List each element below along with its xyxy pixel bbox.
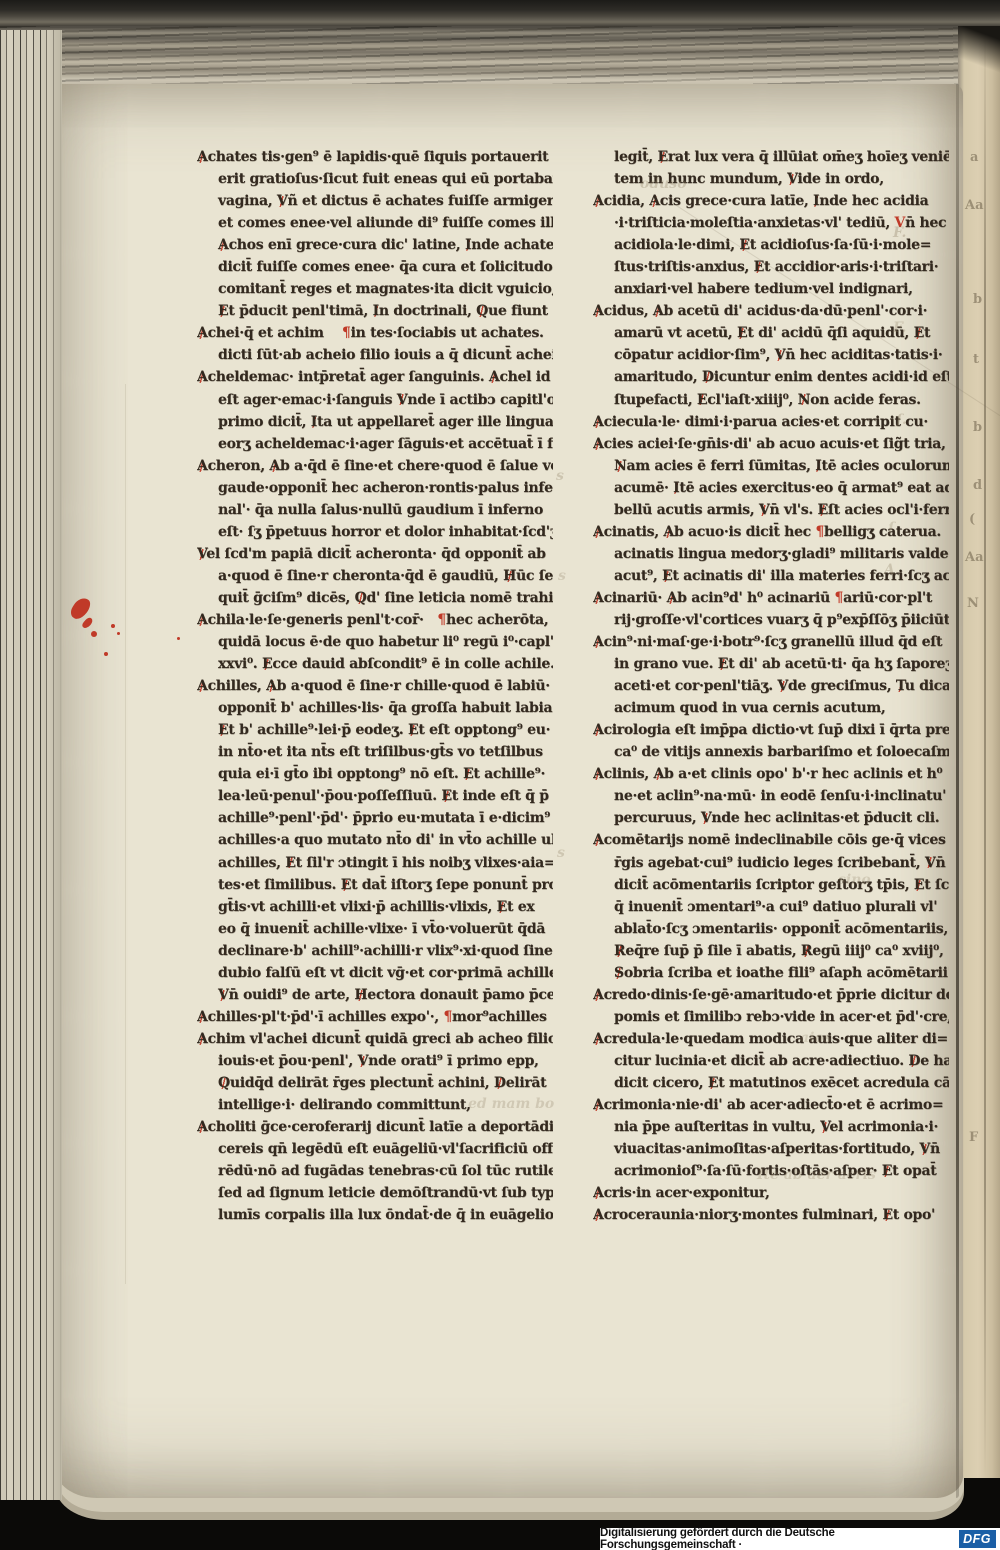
text-line: xxvi⁰. Ecce dauid abſcondit⁹ ē in colle … [197, 653, 553, 675]
text-line: dicit cicero, Et matutinos exēcet acredu… [593, 1072, 949, 1094]
text-segment: et comes enee·vel aliunde di⁹ fuiſſe com… [218, 215, 553, 231]
text-segment: n̄ hec [905, 215, 946, 231]
text-segment: cies aciei·ſe·gn̄is·di' ab acuo acuis·et… [604, 436, 946, 452]
text-segment: el ſcd'm papiā dicit̄ acheronta· q̄d opp… [206, 546, 545, 562]
text-segment: viuacitas·animoſitas·aſperitas·fortitudo… [614, 1141, 919, 1157]
text-segment: n̄ hec aciditas·tatis·i· [785, 347, 942, 363]
text-segment: crimonia·nie·di' ab acer·adiect̄o·et ē a… [604, 1097, 944, 1113]
rubricated-capital: E [657, 149, 667, 165]
text-segment: ide in ordo, [797, 171, 883, 187]
text-segment: acimum quod in vua cernis acutum, [614, 700, 885, 716]
rubricated-capital: V [701, 810, 712, 826]
text-segment: hec acherōta, [446, 612, 548, 628]
text-line: ſtus·triſtis·anxius, Et accidior·aris·i·… [593, 256, 949, 278]
rubricated-capital: A [653, 766, 664, 782]
text-line: acut⁹, Et acinatis di' illa materies fer… [593, 565, 949, 587]
edge-text-fragment: Aa [965, 550, 984, 565]
rubricated-capital: H [354, 987, 367, 1003]
text-line: ſtupefacti, Ecl'iaſt·xiiij⁰, Non acide f… [593, 389, 949, 411]
text-segment: cirologia eſt imp̄pa dictio·vt ſup̄ dixi… [604, 722, 949, 738]
text-segment: eſt· ſʒ p̄petuus horror et dolor inhabit… [218, 524, 553, 540]
text-segment: acidiola·le·dimi, [614, 237, 739, 253]
text-line: achilles, Et ſil'r ɔtingit ī his noibʒ v… [197, 852, 553, 874]
rubricated-capital: A [663, 524, 674, 540]
text-segment: achilles·a quo mutato nt̄o di' in vt̄o a… [218, 832, 553, 848]
text-line: percuruus, Vnde hec aclinitas·et p̄ducit… [593, 807, 949, 829]
text-segment: t di' acidū q̄ſi aquidū, [747, 325, 913, 341]
text-line: rēdū·nō ad fugādas tenebras·cū ſol tūc r… [197, 1160, 553, 1182]
text-segment: ñ et dictus ē achates fuiſſe armiger [287, 193, 553, 209]
ink-splatter-drop [117, 632, 120, 635]
rubricated-capital: E [408, 722, 418, 738]
text-line: dicti ſūt·ab acheio filio iouis a q̄ dic… [197, 344, 553, 366]
text-line: achilles·a quo mutato nt̄o di' in vt̄o a… [197, 829, 553, 851]
text-line: Acholiti ḡce·ceroferarij dicunt̄ latīe … [197, 1116, 553, 1138]
ink-splatter-drop [91, 631, 97, 637]
text-segment: u dica' [905, 678, 949, 694]
text-line: Acredo·dinis·ſe·gē·amaritudo·et p̄prie d… [593, 984, 949, 1006]
text-segment: q̄ inuenit̄ ɔmentari⁹·a cui⁹ datiuo plur… [614, 899, 937, 915]
text-segment: t acinatis di' illa materies ferri·ſcʒ a… [672, 568, 949, 584]
rubric-mark: ¶ [342, 325, 351, 341]
text-segment: amarū vt acetū, [614, 325, 737, 341]
book-left-page-edges [0, 30, 62, 1500]
ghost-mark: ſ. [896, 412, 907, 428]
digitization-credit-bar: Digitalisierung gefördert durch die Deut… [600, 1528, 1000, 1550]
text-line: erit gratioſus·ſicut fuit eneas qui eū p… [197, 168, 553, 190]
rubricated-capital: R [801, 943, 812, 959]
text-segment: pomis et ſimilibɔ rebɔ·vide in acer·et p… [614, 1009, 949, 1025]
text-line: comitant̄ reges et magnates·ita dicit vg… [197, 278, 553, 300]
text-segment: rat lux vera q̄ illūiat om̄eʒ hoīeʒ veni… [668, 149, 949, 165]
text-line: Acinariū· Ab acin⁹d' h⁰ acinariū ¶ariū·c… [593, 587, 949, 609]
text-segment: cheldemac· intp̄retat̄ ager ſanguinis. [208, 369, 489, 385]
text-segment: comētarijs nomē indeclinabile cōis ge·q̄… [604, 832, 946, 848]
text-segment: choliti ḡce·ceroferarij dicunt̄ latīe a… [208, 1119, 553, 1135]
ghost-mark: sino [838, 872, 871, 888]
ghost-mark: s [558, 568, 566, 584]
text-line: nal'· q̄a nulla ſalus·nullū gaudium ī in… [197, 499, 553, 521]
text-segment: eſt ager·emac·i·ſanguis [218, 392, 397, 408]
text-segment: r̄gis agebat·cui⁹ iudicio leges ſcribeba… [614, 855, 925, 871]
text-segment: amaritudo, [614, 369, 702, 385]
text-line: bellū acutis armis, Vn̄ vl's. Eſt acies … [593, 499, 949, 521]
text-segment: ſtus·triſtis·anxius, [614, 259, 754, 275]
credit-text: Digitalisierung gefördert durch die Deut… [600, 1527, 954, 1550]
text-line: eorʒ acheldemac·i·ager ſāguis·et accētua… [197, 433, 553, 455]
text-segment: ta ut appellaret̄ ager ille lingua [317, 414, 553, 430]
text-line: achille⁹·penl'·p̄d'· p̄prio eu·mutata ī … [197, 807, 553, 829]
rubricated-capital: Q [355, 590, 367, 606]
text-segment: tes·et ſimilibus. [218, 877, 341, 893]
ghost-mark: ſ [888, 520, 894, 536]
rubricated-capital: A [197, 678, 208, 694]
text-line: acinatis lingua medorʒ·gladi⁹ militaris … [593, 543, 949, 565]
text-segment: in tes·ſociabis ut achates. [351, 325, 544, 341]
rubricated-capital: A [593, 1185, 604, 1201]
text-segment: in grano vue. [614, 656, 718, 672]
text-segment: eq̄re ſup̄ p̄ ſile ī abatis, [625, 943, 801, 959]
edge-text-fragment: F [969, 1130, 978, 1145]
text-segment: chos enī grece·cura dic' latine, [229, 237, 465, 253]
text-line: Acris·in acer·exponitur, [593, 1182, 949, 1204]
text-line: amaritudo, Dicuntur enim dentes acidi·id… [593, 366, 949, 388]
text-segment: chila·le·ſe·generis penl't·cor̄· [208, 612, 438, 628]
rubricated-capital: A [593, 832, 604, 848]
text-segment: cce dauid abſcondit⁹ ē in colle achile. [272, 656, 553, 672]
text-segment: rēdū·nō ad fugādas tenebras·cū ſol tūc r… [218, 1163, 553, 1179]
text-segment: legit̄, [614, 149, 657, 165]
text-line: Acheldemac· intp̄retat̄ ager ſanguinis. … [197, 366, 553, 388]
text-segment: b a·quod ē ſine·r chille·quod ē labiū· [277, 678, 550, 694]
text-line: declinare·b' achill⁹·achilli·r vlix⁹·xi·… [197, 940, 553, 962]
text-segment: a·quod ē ſine·r cheronta·q̄d ē gaudiū, [218, 568, 503, 584]
text-segment: nal'· q̄a nulla ſalus·nullū gaudium ī in… [218, 502, 543, 518]
edge-text-fragment: ( [969, 512, 975, 527]
text-segment: am acies ē ferri ſūmitas, [627, 458, 816, 474]
text-segment: t opo' [893, 1207, 935, 1223]
rubricated-capital: A [593, 634, 604, 650]
rubricated-capital: V [787, 171, 797, 187]
rubricated-capital: A [593, 193, 604, 209]
text-segment: intellige·i· delirando committunt, [218, 1097, 471, 1113]
text-segment: n doctrinali, [379, 303, 476, 319]
text-line: viuacitas·animoſitas·aſperitas·fortitudo… [593, 1138, 949, 1160]
text-segment: acumē· [614, 480, 673, 496]
text-segment: e hac [920, 1053, 949, 1069]
text-segment: n̄ [930, 1141, 940, 1157]
text-segment: nde hec acidia [819, 193, 928, 209]
text-line: Achila·le·ſe·generis penl't·cor̄· ¶hec a… [197, 609, 553, 631]
rubricated-capital: A [593, 987, 604, 1003]
text-segment: b acin⁹d' h⁰ acinariū [677, 590, 834, 606]
ghost-mark: A [884, 562, 895, 578]
rubricated-capital: A [269, 458, 280, 474]
rubricated-capital: E [697, 392, 707, 408]
text-segment: n̄ ouidi⁹ de arte, [229, 987, 355, 1003]
rubricated-capital: E [218, 722, 228, 738]
rubricated-capital: E [718, 656, 728, 672]
text-segment: t matutinos exēcet acredula cāt⁹, [718, 1075, 949, 1091]
rubricated-capital: E [218, 303, 228, 319]
book-corner-shadow [958, 26, 1000, 78]
text-line: lumīs corpalis illa lux ōndat̄·de q̄ in … [197, 1204, 553, 1226]
text-segment: lea·leū·penul'·p̄ou·poſſeſſiuū. [218, 788, 441, 804]
text-segment: ūc ſe= [516, 568, 553, 584]
text-segment: clinis, [604, 766, 654, 782]
text-segment: comitant̄ reges et magnates·ita dicit vg… [218, 281, 553, 297]
rubricated-capital: V [919, 1141, 930, 1157]
ghost-mark: aios [800, 1030, 832, 1046]
text-segment: acut⁹, [614, 568, 662, 584]
rubricated-capital: A [593, 1031, 604, 1047]
text-segment: b a·q̄d ē ſine·et chere·quod ē ſalue vel [280, 458, 553, 474]
rubricated-capital: E [463, 766, 473, 782]
rubricated-capital: A [197, 612, 208, 628]
text-segment: de greciſmus, [788, 678, 896, 694]
text-segment: anxiari·vel habere tedium·vel indignari, [614, 281, 913, 297]
rubricated-capital: E [662, 568, 672, 584]
text-line: aceti·et cor·penl'tiāʒ. Vde greciſmus, T… [593, 675, 949, 697]
text-segment: ciecula·le· dimi·i·parua acies·et corrip… [604, 414, 928, 430]
ghost-mark: F. [893, 320, 906, 336]
text-segment: acinatis lingua medorʒ·gladi⁹ militaris … [614, 546, 948, 562]
text-segment: el acrimonia·i· [829, 1119, 938, 1135]
text-segment: dubio falſū eſt vt dicit vḡ·et cor·prim… [218, 965, 553, 981]
left-edge-fade [44, 30, 62, 1500]
text-segment: nde ī actibɔ capitl'o [407, 392, 553, 408]
text-line: rij·groſſe·vl'cortices vuarʒ q̄ p⁹exp̄ſſ… [593, 609, 949, 631]
rubricated-capital: E [739, 237, 749, 253]
text-segment: t achille⁹· [473, 766, 545, 782]
text-segment: t b' achille⁹·lei·p̄ eodeʒ. [228, 722, 408, 738]
rubricated-capital: E [708, 1075, 718, 1091]
ghost-mark: F. [893, 225, 906, 241]
ghost-mark: ed mam bo [468, 1096, 554, 1112]
text-segment: ſt acies ocl'i·ferri [828, 502, 949, 518]
text-segment: in nt̄o·et ita nt̄s eſt triſilbus·gt̄s v… [218, 744, 543, 760]
rubricated-capital: V [759, 502, 770, 518]
text-segment: b acetū di' acidus·da·dū·penl'·cor·i· [663, 303, 927, 319]
rubricated-capital: V [925, 855, 936, 871]
text-segment: d' ſine leticia nomē trahit [366, 590, 553, 606]
rubricated-capital: E [914, 877, 924, 893]
text-line: Achei·q̄ et achim ¶in tes·ſociabis ut ac… [197, 322, 553, 344]
text-segment: nde achates [471, 237, 553, 253]
text-segment: t dat̄ iſtorʒ ſepe ponunt̄ pro [351, 877, 553, 893]
text-line: primo dicit̄, Ita ut appellaret̄ ager il… [197, 411, 553, 433]
rubric-mark: ¶ [437, 612, 446, 628]
text-segment: cidia, [604, 193, 650, 209]
rubricated-capital: E [882, 1163, 892, 1179]
edge-text-fragment: b [973, 292, 982, 307]
text-line: Achilles·pl't·p̄d'·ī achilles expo'·, ¶m… [197, 1006, 553, 1028]
text-segment: on acide feras. [810, 392, 921, 408]
text-segment: quidā locus ē·de quo habetur li⁰ regū i⁰… [218, 634, 553, 650]
rubricated-capital: A [593, 414, 604, 430]
text-segment: eorʒ acheldemac·i·ager ſāguis·et accētua… [218, 436, 553, 452]
text-line: cereis qn̄ legēdū eſt euāgeliū·vl'ſacrif… [197, 1138, 553, 1160]
edge-text-fragment: t [973, 352, 979, 367]
text-segment: uidq̄d delirāt r̄ges plectunt̄ achini, [230, 1075, 494, 1091]
text-line: Acin⁹·ni·maſ·ge·i·botr⁹·ſcʒ granellū ill… [593, 631, 949, 653]
ink-splatter-drop [111, 624, 115, 628]
rubricated-capital: E [818, 502, 828, 518]
text-line: Et b' achille⁹·lei·p̄ eodeʒ. Et eſt oppt… [197, 719, 553, 741]
text-segment: t di' ab acetū·ti· q̄a hʒ ſaporeʒ [728, 656, 949, 672]
rubricated-capital: E [754, 259, 764, 275]
text-line: q̄ inuenit̄ ɔmentari⁹·a cui⁹ datiuo plur… [593, 896, 949, 918]
text-segment: tē acies oculorum [821, 458, 949, 474]
rubricated-capital: E [882, 1207, 892, 1223]
text-segment: t p̄ducit penl'timā, [228, 303, 372, 319]
text-line: Acrimonia·nie·di' ab acer·adiect̄o·et ē … [593, 1094, 949, 1116]
text-line: Aclinis, Ab a·et clinis opo' b'·r hec ac… [593, 763, 949, 785]
ghost-mark: Ite ab aer acris [757, 1167, 876, 1183]
text-segment: iouis·et p̄ou·penl', [218, 1053, 358, 1069]
text-segment: aceti·et cor·penl'tiāʒ. [614, 678, 777, 694]
rubric-mark: ¶ [834, 590, 843, 606]
text-segment: citur lucinia·et dicit̄ ab acre·adiectiu… [614, 1053, 908, 1069]
rubricated-capital: A [593, 1207, 604, 1223]
text-segment: ue fiunt [488, 303, 548, 319]
text-segment: chel id [499, 369, 550, 385]
text-segment: primo dicit̄, [218, 414, 311, 430]
rubricated-capital: A [489, 369, 500, 385]
text-segment: n̄ vl's. [769, 502, 817, 518]
text-line: nia p̄pe auſteritas in vultu, Vel acrimo… [593, 1116, 949, 1138]
text-segment: achilles, [218, 855, 285, 871]
text-line: tes·et ſimilibus. Et dat̄ iſtorʒ ſepe po… [197, 874, 553, 896]
text-segment: n̄ [935, 855, 945, 871]
rubricated-capital: V [397, 392, 408, 408]
text-segment: tē acies exercitus·eo q̄ armat⁹ eat ad [679, 480, 949, 496]
rubricated-capital: V [277, 193, 288, 209]
rubricated-capital: V [777, 678, 788, 694]
text-segment: icuntur enim dentes acidi·id eſt [714, 369, 949, 385]
text-segment: declinare·b' achill⁹·achilli·r vlix⁹·xi·… [218, 943, 552, 959]
text-segment: cris·in acer·exponitur, [604, 1185, 770, 1201]
rubricated-capital: E [914, 325, 924, 341]
rubricated-capital: A [218, 237, 229, 253]
rubricated-capital: E [737, 325, 747, 341]
rubricated-capital: R [614, 943, 625, 959]
text-segment: nde hec aclinitas·et p̄ducit cli. [711, 810, 939, 826]
text-segment: chei·q̄ et achim [208, 325, 342, 341]
text-segment: lumīs corpalis illa lux ōndat̄·de q̄ in … [218, 1207, 553, 1223]
text-segment: mor⁹achilles [452, 1009, 547, 1025]
text-segment: elirāt [506, 1075, 547, 1091]
text-line: acumē· Itē acies exercitus·eo q̄ armat⁹ … [593, 477, 949, 499]
text-segment: eo q̄ inuenit̄ achille·vlixe· ī vt̄o·vol… [218, 921, 545, 937]
text-segment: chim vl'achei dicunt̄ quidā greci ab ach… [208, 1031, 553, 1047]
rubricated-capital: A [593, 590, 604, 606]
text-line: ſed ad ſignum leticie demōſtrandū·vt ſub… [197, 1182, 553, 1204]
text-line: in nt̄o·et ita nt̄s eſt triſilbus·gt̄s v… [197, 741, 553, 763]
edge-text-fragment: b [973, 420, 982, 435]
text-line: Vel ſcd'm papiā dicit̄ acheronta· q̄d op… [197, 543, 553, 565]
rubricated-capital: A [197, 1031, 208, 1047]
text-segment: obria ſcriba et ioathe fili⁹ aſaph acōmē… [624, 965, 949, 981]
text-segment: ne·et aclin⁹·na·mū· in eodē ſenſu·i·incl… [614, 788, 946, 804]
text-segment: t accidior·aris·i·triſtari· [764, 259, 938, 275]
text-line: ca⁰ de vitijs annexis barbariſmo et ſolo… [593, 741, 949, 763]
text-segment: gt̄is·vt achilli·et vlixi·p̄ achillis·vl… [218, 899, 497, 915]
edge-text-fragment: N [967, 596, 979, 611]
text-line: cōpatur acidior·ſim⁹, Vn̄ hec aciditas·t… [593, 344, 949, 366]
text-line: quia ei·ī gt̄o ibi opptong⁹ nō eſt. Et a… [197, 763, 553, 785]
text-segment: ablat̄o·ſcʒ ɔmentariis· opponit̄ acōment… [614, 921, 948, 937]
text-segment: ·i·triſticia·moleſtia·anxietas·vl' tediū… [614, 215, 895, 231]
text-segment: cl'iaſt·xiiij⁰, [707, 392, 797, 408]
rubricated-capital: A [593, 766, 604, 782]
text-line: quit̄ ḡciſm⁹ dicēs, Qd' ſine leticia no… [197, 587, 553, 609]
text-line: et comes enee·vel aliunde di⁹ fuiſſe com… [197, 212, 553, 234]
rubricated-capital: A [649, 193, 660, 209]
text-segment: cidus, [604, 303, 653, 319]
text-line: legit̄, Erat lux vera q̄ illūiat om̄eʒ h… [593, 146, 949, 168]
rubricated-capital: A [197, 325, 208, 341]
text-segment: quia ei·ī gt̄o ibi opptong⁹ nō eſt. [218, 766, 463, 782]
rubricated-capital: E [341, 877, 351, 893]
text-segment: t ſil'r ɔtingit ī his noibʒ vlixes·aia= [296, 855, 553, 871]
text-segment: cinariū· [604, 590, 667, 606]
text-segment: bellū acutis armis, [614, 502, 759, 518]
text-line: quidā locus ē·de quo habetur li⁰ regū i⁰… [197, 631, 553, 653]
text-segment: cis grece·cura latīe, [660, 193, 813, 209]
rubricated-capital: Q [476, 303, 488, 319]
ink-splatter-drop [104, 652, 108, 656]
text-line: dicit̄ fuiſſe comes enee· q̄a cura et ſo… [197, 256, 553, 278]
rubricated-capital: Q [218, 1075, 230, 1091]
rubric-mark: ¶ [815, 524, 824, 540]
text-line: Nam acies ē ferri ſūmitas, Itē acies ocu… [593, 455, 949, 477]
rubricated-capital: A [197, 458, 208, 474]
rubricated-capital: N [798, 392, 811, 408]
text-segment: ariū·cor·pl't [843, 590, 932, 606]
text-line: pomis et ſimilibɔ rebɔ·vide in acer·et p… [593, 1006, 949, 1028]
rubricated-capital: E [262, 656, 272, 672]
text-line: eſt ager·emac·i·ſanguis Vnde ī actibɔ ca… [197, 389, 553, 411]
rubricated-capital: N [614, 458, 627, 474]
rubricated-capital: A [593, 524, 604, 540]
text-segment: dicti ſūt·ab acheio filio iouis a q̄ dic… [218, 347, 553, 363]
text-segment: cereis qn̄ legēdū eſt euāgeliū·vl'ſacrif… [218, 1141, 553, 1157]
text-line: dubio falſū eſt vt dicit vḡ·et cor·prim… [197, 962, 553, 984]
text-segment: nde orati⁹ ī primo epp, [368, 1053, 539, 1069]
rubricated-capital: D [702, 369, 714, 385]
rubricated-capital: V [775, 347, 786, 363]
rubricated-capital: A [593, 722, 604, 738]
text-segment: opponit̄ b' achilles·lis· q̄a groſſa hab… [218, 700, 553, 716]
next-page-edge [958, 26, 1000, 1478]
text-segment: ſtupefacti, [614, 392, 697, 408]
rubricated-capital: E [285, 855, 295, 871]
text-line: Acirologia eſt imp̄pa dictio·vt ſup̄ dix… [593, 719, 949, 741]
text-line: vagina, Vñ et dictus ē achates fuiſſe ar… [197, 190, 553, 212]
text-line: Achates tis·gen⁹ ē lapidis·quē ſiquis po… [197, 146, 553, 168]
text-segment: achille⁹·penl'·p̄d'· p̄prio eu·mutata ī … [218, 810, 550, 826]
text-segment: t eſt opptong⁹ eu· [418, 722, 550, 738]
text-segment: xxvi⁰. [218, 656, 262, 672]
text-segment: rij·groſſe·vl'cortices vuarʒ q̄ p⁹exp̄ſſ… [614, 612, 949, 628]
rubric-mark: ¶ [443, 1009, 452, 1025]
text-segment: chilles·pl't·p̄d'·ī achilles expo'·, [208, 1009, 444, 1025]
text-segment: ſed ad ſignum leticie demōſtrandū·vt ſub… [218, 1185, 553, 1201]
text-segment: t opat̄ [892, 1163, 936, 1179]
text-segment: percuruus, [614, 810, 701, 826]
parchment-crease-vertical [125, 384, 126, 1284]
text-line: acimum quod in vua cernis acutum, [593, 697, 949, 719]
text-segment: cin⁹·ni·maſ·ge·i·botr⁹·ſcʒ granellū illu… [604, 634, 943, 650]
dfg-logo: DFG [959, 1530, 996, 1548]
text-segment: b a·et clinis opo' b'·r hec aclinis et h… [664, 766, 942, 782]
text-line: opponit̄ b' achilles·lis· q̄a groſſa hab… [197, 697, 553, 719]
rubricated-capital: V [218, 987, 229, 1003]
text-line: dicit̄ acōmentariis ſcriptor geſtorʒ tp̄… [593, 874, 949, 896]
rubricated-capital: A [593, 303, 604, 319]
rubricated-capital: A [197, 1009, 208, 1025]
book-scan: Achates tis·gen⁹ ē lapidis·quē ſiquis po… [0, 0, 1000, 1550]
text-segment: cinatis, [604, 524, 664, 540]
text-line: Achilles, Ab a·quod ē ſine·r chille·quod… [197, 675, 553, 697]
text-line: Achim vl'achei dicunt̄ quidā greci ab ac… [197, 1028, 553, 1050]
text-line: Achos enī grece·cura dic' latine, Inde a… [197, 234, 553, 256]
text-line: ablat̄o·ſcʒ ɔmentariis· opponit̄ acōment… [593, 918, 949, 940]
text-segment: dicit̄ fuiſſe comes enee· q̄a cura et ſo… [218, 259, 553, 275]
edge-text-fragment: Aa [965, 198, 984, 213]
text-segment: credo·dinis·ſe·gē·amaritudo·et p̄prie di… [604, 987, 949, 1003]
